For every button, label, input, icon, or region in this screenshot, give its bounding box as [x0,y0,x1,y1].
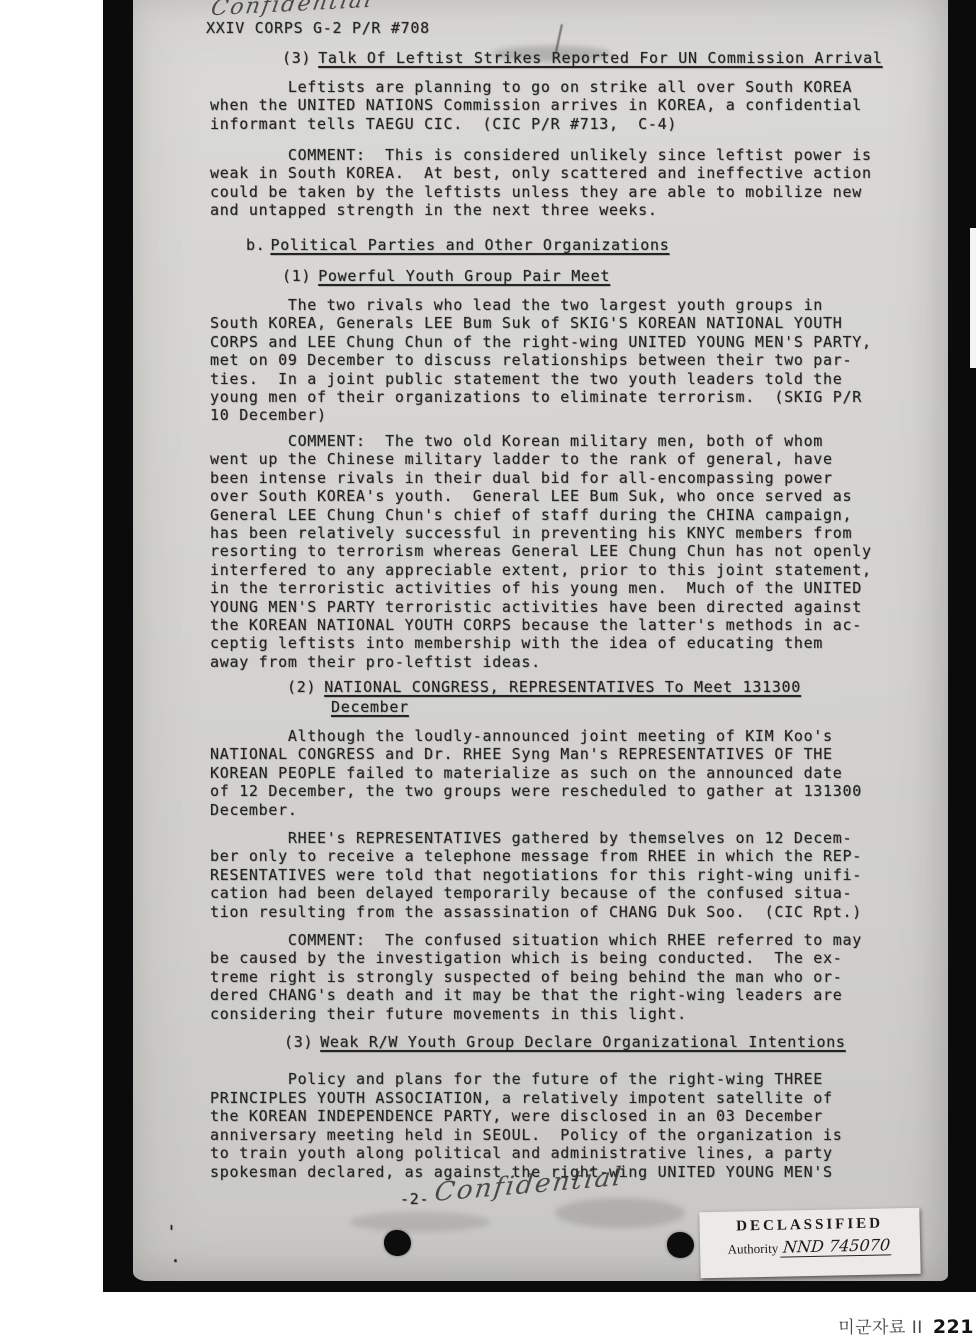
heading-label: Weak R/W Youth Group Declare Organizatio… [320,1033,845,1051]
stray-dot-mark: . [170,1248,182,1266]
report-id: XXIV CORPS G-2 P/R #708 [206,19,430,37]
ghost-smudge [350,1212,490,1232]
heading-prefix: b. [246,236,265,254]
paragraph-comment-rivals: COMMENT: The two old Korean military men… [210,432,872,671]
stray-apostrophe-mark: ' [166,1224,178,1242]
heading-prefix: (3) [282,49,311,67]
heading-label: Political Parties and Other Organization… [270,236,669,254]
declassified-stamp: DECLASSIFIED Authority NND 745070 [699,1208,920,1279]
caption-text: 미군자료 II [838,1318,923,1336]
paragraph-comment-confused: COMMENT: The confused situation which RH… [210,931,862,1023]
stamp-authority-label: Authority [728,1241,779,1257]
heading-national-congress: (2)NATIONAL CONGRESS, REPRESENTATIVES To… [287,678,801,696]
caption-number: 221 [933,1316,974,1336]
heading-prefix: (3) [284,1033,313,1051]
punch-hole-left [384,1230,411,1256]
paragraph-comment-strike: COMMENT: This is considered unlikely sin… [210,146,872,220]
heading-label: December [331,698,409,716]
korean-caption: 미군자료 II221 [838,1313,974,1336]
heading-prefix: (1) [282,267,311,285]
heading-national-congress-line2: December [331,698,409,716]
document-page: Confidential XXIV CORPS G-2 P/R #708 (3)… [0,0,976,1336]
ink-smudge [492,46,612,62]
heading-youth-pair-meet: (1)Powerful Youth Group Pair Meet [282,267,610,285]
paragraph-rhee-representatives: RHEE's REPRESENTATIVES gathered by thems… [210,829,862,921]
heading-political-parties: b.Political Parties and Other Organizati… [246,236,669,254]
heading-prefix: (2) [287,678,316,696]
stamp-authority-value: NND 745070 [781,1235,894,1257]
heading-weak-youth-group: (3)Weak R/W Youth Group Declare Organiza… [284,1033,846,1051]
paragraph-although: Although the loudly-announced joint meet… [210,727,862,819]
stamp-title: DECLASSIFIED [699,1215,919,1237]
paragraph-policy-plans: Policy and plans for the future of the r… [210,1070,843,1182]
scan-edge-notch [970,228,976,368]
paragraph-two-rivals: The two rivals who lead the two largest … [210,296,872,425]
heading-label: NATIONAL CONGRESS, REPRESENTATIVES To Me… [324,678,801,696]
footer-page-number: -2- [400,1190,429,1208]
heading-label: Powerful Youth Group Pair Meet [318,267,610,285]
paragraph-leftists-strike: Leftists are planning to go on strike al… [210,78,862,133]
punch-hole-right [667,1232,694,1258]
ghost-smudge [555,1198,685,1228]
